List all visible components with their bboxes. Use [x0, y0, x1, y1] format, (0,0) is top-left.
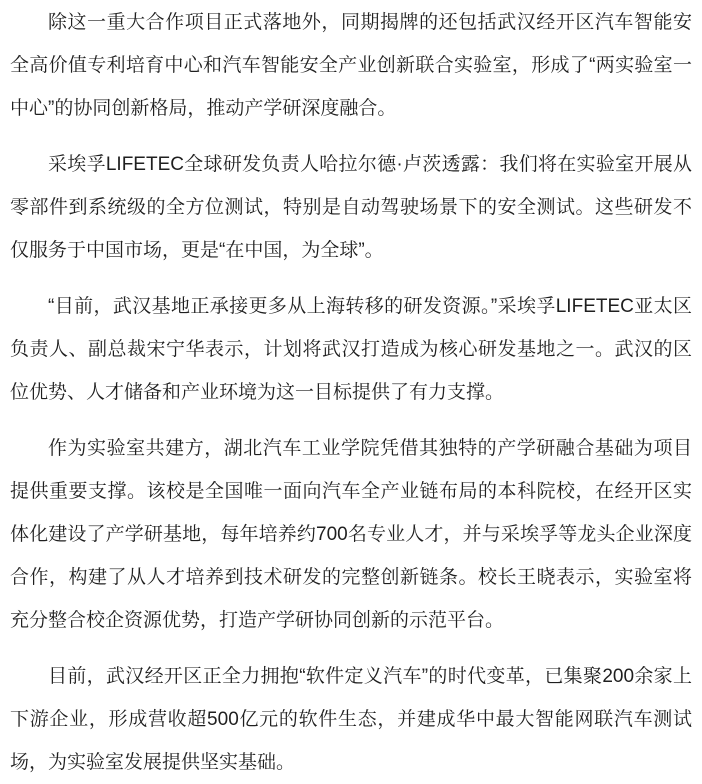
paragraph-wuhan-edz-outlook: 目前，武汉经开区正全力拥抱“软件定义汽车”的时代变革，已集聚200余家上下游企业…: [10, 655, 692, 784]
paragraph-global-rnd-lead-quote: 采埃孚LIFETEC全球研发负责人哈拉尔德·卢茨透露：我们将在实验室开展从零部件…: [10, 143, 692, 272]
article-body: 除这一重大合作项目正式落地外，同期揭牌的还包括武汉经开区汽车智能安全高价值专利培…: [0, 0, 702, 784]
paragraph-cooperation-landing: 除这一重大合作项目正式落地外，同期揭牌的还包括武汉经开区汽车智能安全高价值专利培…: [10, 1, 692, 130]
paragraph-university-partner: 作为实验室共建方，湖北汽车工业学院凭借其独特的产学研融合基础为项目提供重要支撑。…: [10, 427, 692, 642]
paragraph-apac-vp-quote: “目前，武汉基地正承接更多从上海转移的研发资源。”采埃孚LIFETEC亚太区负责…: [10, 285, 692, 414]
